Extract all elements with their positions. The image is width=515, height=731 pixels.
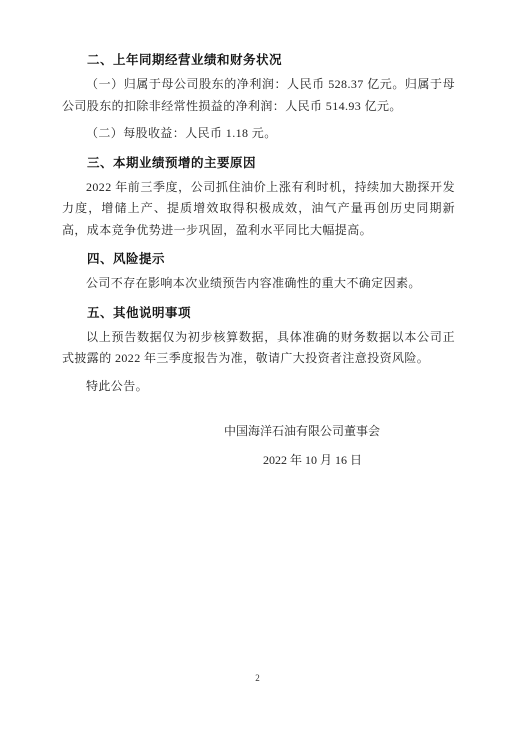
paragraph-eps: （二）每股收益：人民币 1.18 元。	[62, 123, 455, 145]
signature-company: 中国海洋石油有限公司董事会	[62, 421, 380, 442]
paragraph-risk: 公司不存在影响本次业绩预告内容准确性的重大不确定因素。	[62, 273, 455, 295]
paragraph-other-notes: 以上预告数据仅为初步核算数据，具体准确的财务数据以本公司正式披露的 2022 年…	[62, 327, 455, 370]
section-heading-2: 二、上年同期经营业绩和财务状况	[62, 52, 455, 68]
section-heading-5: 五、其他说明事项	[62, 305, 455, 321]
signature-date: 2022 年 10 月 16 日	[62, 450, 380, 471]
paragraph-net-profit: （一）归属于母公司股东的净利润：人民币 528.37 亿元。归属于母公司股东的扣…	[62, 74, 455, 117]
section-heading-3: 三、本期业绩预增的主要原因	[62, 155, 455, 171]
document-content: 二、上年同期经营业绩和财务状况 （一）归属于母公司股东的净利润：人民币 528.…	[0, 0, 515, 471]
section-heading-4: 四、风险提示	[62, 251, 455, 267]
paragraph-announcement-close: 特此公告。	[62, 376, 455, 398]
paragraph-reason: 2022 年前三季度，公司抓住油价上涨有利时机，持续加大勘探开发力度，增储上产、…	[62, 177, 455, 242]
signature-block: 中国海洋石油有限公司董事会 2022 年 10 月 16 日	[62, 421, 455, 471]
page-number: 2	[0, 673, 515, 683]
document-page: 二、上年同期经营业绩和财务状况 （一）归属于母公司股东的净利润：人民币 528.…	[0, 0, 515, 731]
